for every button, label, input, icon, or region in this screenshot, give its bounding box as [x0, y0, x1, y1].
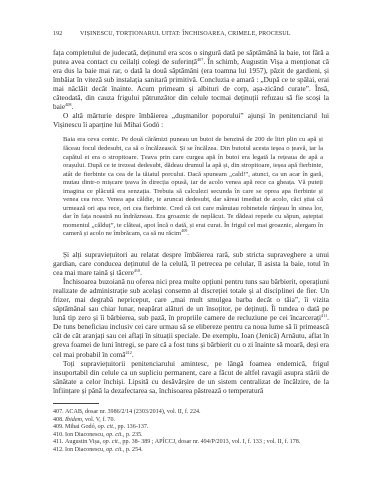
footnote-411: 411. Augustin Vișa, op. cit., pp. 38- 38… — [53, 439, 329, 447]
paragraph-text: . — [71, 102, 73, 111]
footnotes: 407. ACAB, dosar nr. 3986/2/14 (2303/201… — [53, 409, 329, 454]
footnote-407: 407. ACAB, dosar nr. 3986/2/14 (2303/201… — [53, 409, 329, 417]
footnote-text: Ibidem, vol. V, f. 70. — [65, 417, 329, 425]
footnote-408: 408. Ibidem, vol. V, f. 70. — [53, 417, 329, 425]
footnote-separator — [53, 403, 99, 404]
document-page: 192 VIȘINESCU, TORȚIONARUL UITAT: ÎNCHIS… — [53, 30, 329, 454]
paragraph-3: Și alți supraviețuitori au relatat despr… — [53, 250, 329, 277]
paragraph-1: fața completului de judecată, deținutul … — [53, 48, 329, 111]
footnote-412: 412. Ion Diaconescu, op. cit., p. 254. — [53, 447, 329, 455]
paragraph-2: O altă mărturie despre îmbăierea „dușman… — [53, 111, 329, 129]
footnote-number: 407. — [53, 409, 65, 417]
footnote-number: 408. — [53, 417, 65, 425]
footnote-409: 409. Mihai Godó, op. cit., pp. 136-137. — [53, 424, 329, 432]
running-header: 192 VIȘINESCU, TORȚIONARUL UITAT: ÎNCHIS… — [53, 30, 329, 39]
footnote-text: ACAB, dosar nr. 3986/2/14 (2303/2014), v… — [65, 409, 329, 417]
footnote-text: Mihai Godó, op. cit., pp. 136-137. — [65, 424, 329, 432]
paragraph-text: Și alți supraviețuitori au relatat despr… — [53, 250, 329, 277]
footnote-number: 412. — [53, 447, 65, 455]
paragraph-text: . În schimb, Augustin Vișa a menționat c… — [53, 57, 329, 111]
paragraph-text: Închisoarea buzoiană nu oferea nici prea… — [53, 277, 329, 322]
paragraph-4: Închisoarea buzoiană nu oferea nici prea… — [53, 277, 329, 358]
footnote-number: 410. — [53, 432, 65, 440]
paragraph-5: Toți supraviețuitorii penitenciarului am… — [53, 359, 329, 395]
footnote-number: 409. — [53, 424, 65, 432]
paragraph-text: . — [132, 350, 134, 359]
running-title: VIȘINESCU, TORȚIONARUL UITAT: ÎNCHISOARE… — [80, 30, 329, 39]
quote-end: . — [187, 230, 189, 237]
block-quote: Baia era ceva comic. Pe două cărămizi pu… — [63, 136, 323, 239]
footnote-text: Augustin Vișa, op. cit., pp. 38- 389 ; A… — [65, 439, 329, 447]
footnote-number: 411. — [53, 439, 65, 447]
footnote-text: Ion Diaconescu, op. cit., p. 254. — [65, 447, 329, 455]
quote-text: Baia era ceva comic. Pe două cărămizi pu… — [63, 136, 323, 237]
paragraph-text: . — [140, 268, 142, 277]
page-number: 192 — [53, 30, 80, 39]
